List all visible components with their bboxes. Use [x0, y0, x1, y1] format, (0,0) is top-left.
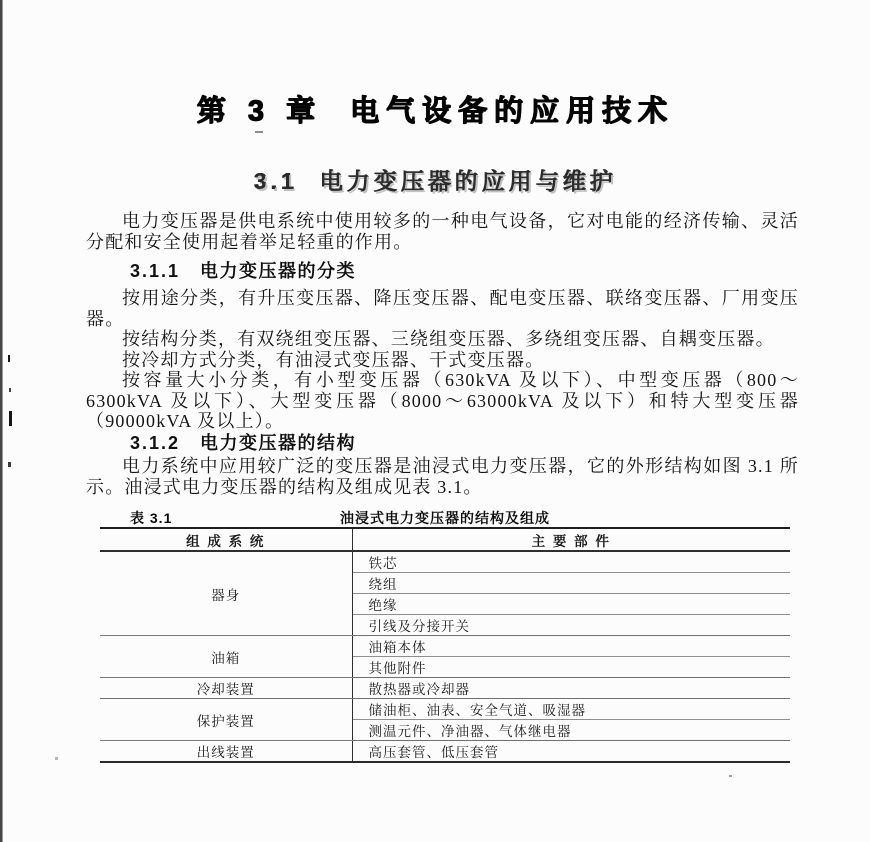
table-row: 保护装置储油柜、油表、安全气道、吸湿器 — [100, 699, 790, 720]
section-heading: 3.1电力变压器的应用与维护 — [0, 163, 870, 196]
subsection-title-text: 电力变压器的分类 — [200, 261, 356, 281]
cell-part: 测温元件、净油器、气体继电器 — [352, 720, 790, 741]
scan-speck — [255, 131, 263, 133]
scan-speck — [8, 462, 11, 467]
chapter-title-text: 电气设备的应用技术 — [350, 95, 674, 127]
subsection-number: 3.1.2 — [130, 433, 180, 453]
table-row: 器身铁芯 — [100, 551, 790, 573]
column-header-parts: 主 要 部 件 — [352, 528, 790, 551]
table-caption: 油浸式电力变压器的结构及组成 表 3.1 — [100, 508, 790, 526]
scanned-book-page: 第 3 章电气设备的应用技术 3.1电力变压器的应用与维护 电力变压器是供电系统… — [0, 0, 870, 842]
chapter-heading: 第 3 章电气设备的应用技术 — [0, 88, 870, 129]
paragraph: 电力变压器是供电系统中使用较多的一种电气设备，它对电能的经济传输、灵活分配和安全… — [86, 211, 799, 252]
scan-speck — [55, 757, 58, 760]
cell-system: 油箱 — [100, 636, 352, 678]
column-header-system: 组 成 系 统 — [100, 528, 352, 551]
subsection-number: 3.1.1 — [130, 261, 180, 281]
scan-speck — [9, 388, 11, 392]
section-title-text: 电力变压器的应用与维护 — [319, 168, 616, 194]
scan-speck — [8, 355, 10, 362]
paragraph: 按容量大小分类，有小型变压器（630kVA 及以下）、中型变压器（800～630… — [86, 370, 799, 432]
scan-speck — [729, 775, 732, 777]
table-row: 冷却装置散热器或冷却器 — [100, 678, 790, 699]
paragraph: 电力系统中应用较广泛的变压器是油浸式电力变压器，它的外形结构如图 3.1 所示。… — [86, 456, 799, 497]
transformer-structure-table: 组 成 系 统 主 要 部 件 器身铁芯绕组绝缘引线及分接开关油箱油箱本体其他附… — [100, 527, 790, 763]
subsection-heading-311: 3.1.1电力变压器的分类 — [130, 257, 356, 283]
cell-system: 冷却装置 — [100, 678, 352, 699]
chapter-number: 第 3 章 — [196, 95, 321, 127]
table-header-row: 组 成 系 统 主 要 部 件 — [100, 528, 790, 551]
table-row: 出线装置高压套管、低压套管 — [100, 741, 790, 763]
cell-part: 引线及分接开关 — [352, 615, 790, 636]
cell-system: 保护装置 — [100, 699, 352, 741]
subsection-title-text: 电力变压器的结构 — [200, 433, 356, 453]
scan-speck — [9, 411, 12, 426]
cell-part: 储油柜、油表、安全气道、吸湿器 — [352, 699, 790, 720]
classification-paragraphs: 按用途分类，有升压变压器、降压变压器、配电变压器、联络变压器、厂用变压器。 按结… — [86, 288, 799, 432]
cell-part: 油箱本体 — [352, 636, 790, 657]
cell-system: 出线装置 — [100, 741, 352, 763]
cell-part: 绕组 — [352, 573, 790, 594]
cell-part: 散热器或冷却器 — [352, 678, 790, 699]
table-label: 表 3.1 — [130, 508, 172, 528]
cell-system: 器身 — [100, 551, 352, 636]
section-number: 3.1 — [254, 168, 298, 194]
structure-paragraph-block: 电力系统中应用较广泛的变压器是油浸式电力变压器，它的外形结构如图 3.1 所示。… — [86, 456, 799, 497]
cell-part: 高压套管、低压套管 — [352, 741, 790, 763]
subsection-heading-312: 3.1.2电力变压器的结构 — [130, 429, 356, 455]
intro-paragraph-block: 电力变压器是供电系统中使用较多的一种电气设备，它对电能的经济传输、灵活分配和安全… — [86, 211, 799, 252]
cell-part: 铁芯 — [352, 551, 790, 573]
cell-part: 其他附件 — [352, 657, 790, 678]
cell-part: 绝缘 — [352, 594, 790, 615]
table-row: 油箱油箱本体 — [100, 636, 790, 657]
paragraph: 按冷却方式分类，有油浸式变压器、干式变压器。 — [86, 350, 799, 371]
paragraph: 按结构分类，有双绕组变压器、三绕组变压器、多绕组变压器、自耦变压器。 — [86, 329, 799, 350]
table-title: 油浸式电力变压器的结构及组成 — [100, 508, 790, 528]
paragraph: 按用途分类，有升压变压器、降压变压器、配电变压器、联络变压器、厂用变压器。 — [86, 288, 799, 329]
